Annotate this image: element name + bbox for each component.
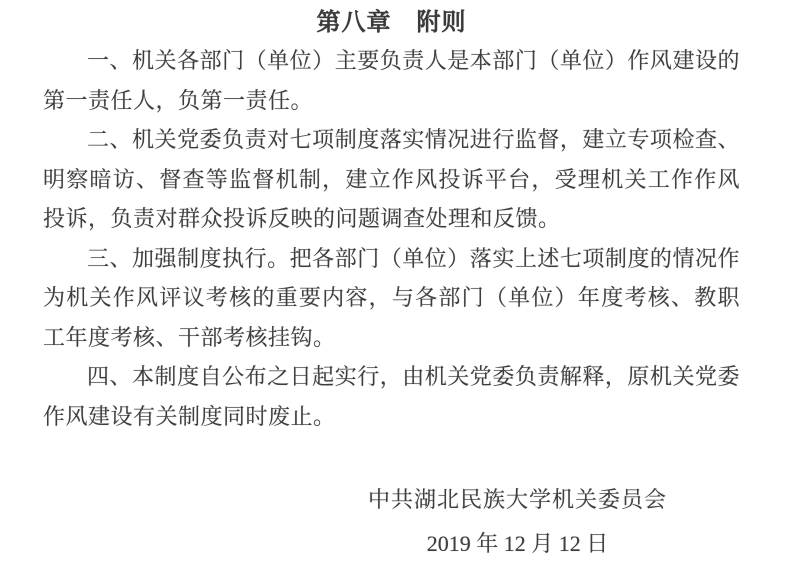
chapter-title: 第八章 附则 [43,8,740,38]
paragraph-clause-1: 一、机关各部门（单位）主要负责人是本部门（单位）作风建设的第一责任人，负第一责任… [43,41,740,120]
paragraph-clause-4: 四、本制度自公布之日起实行，由机关党委负责解释，原机关党委作风建设有关制度同时废… [43,357,740,436]
signature-date: 2019 年 12 月 12 日 [368,524,667,564]
signature-organization: 中共湖北民族大学机关委员会 [368,480,667,520]
document-page: 第八章 附则 一、机关各部门（单位）主要负责人是本部门（单位）作风建设的第一责任… [0,0,785,574]
paragraph-clause-3: 三、加强制度执行。把各部门（单位）落实上述七项制度的情况作为机关作风评议考核的重… [43,239,740,358]
signature-block: 中共湖北民族大学机关委员会 2019 年 12 月 12 日 [368,480,667,563]
paragraph-clause-2: 二、机关党委负责对七项制度落实情况进行监督，建立专项检查、明察暗访、督查等监督机… [43,120,740,239]
